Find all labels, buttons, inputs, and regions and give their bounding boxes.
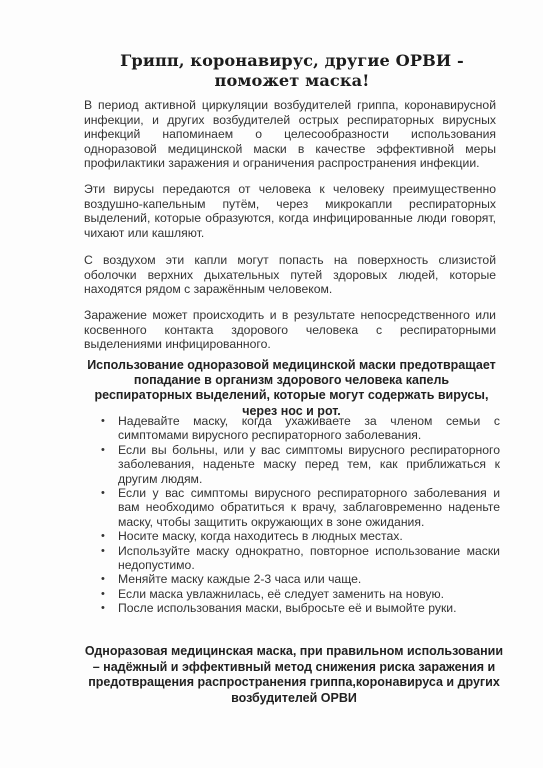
bullet-icon: • <box>101 529 105 543</box>
closing-statement: Одноразовая медицинская маска, при прави… <box>84 644 504 706</box>
list-item: •Надевайте маску, когда ухаживаете за чл… <box>100 414 500 443</box>
list-item-text: После использования маски, выбросьте её … <box>118 601 457 615</box>
bullet-icon: • <box>101 572 105 586</box>
list-item-text: Носите маску, когда находитесь в людных … <box>118 529 403 543</box>
paragraph-transmission: Эти вирусы передаются от человека к чело… <box>84 182 496 240</box>
list-item: •Используйте маску однократно, повторное… <box>100 544 500 573</box>
list-item-text: Используйте маску однократно, повторное … <box>118 544 500 572</box>
list-item-text: Если вы больны, или у вас симптомы вирус… <box>118 443 500 486</box>
bullet-icon: • <box>101 486 105 500</box>
paragraph-intro: В период активной циркуляции возбудителе… <box>84 98 496 171</box>
document-title: Грипп, коронавирус, другие ОРВИ - поможе… <box>92 51 492 91</box>
list-item-text: Если у вас симптомы вирусного респиратор… <box>118 486 500 529</box>
paragraph-droplets: С воздухом эти капли могут попасть на по… <box>84 253 496 297</box>
bullet-icon: • <box>101 601 105 615</box>
emphasis-statement: Использование одноразовой медицинской ма… <box>84 358 499 419</box>
list-item: •Носите маску, когда находитесь в людных… <box>100 529 500 543</box>
bullet-icon: • <box>101 414 105 428</box>
list-item-text: Меняйте маску каждые 2-3 часа или чаще. <box>118 572 361 586</box>
list-item-text: Если маска увлажнилась, её следует замен… <box>118 587 444 601</box>
bullet-icon: • <box>101 587 105 601</box>
list-item: •Если вы больны, или у вас симптомы виру… <box>100 443 500 486</box>
list-item-text: Надевайте маску, когда ухаживаете за чле… <box>118 414 500 442</box>
list-item: •Меняйте маску каждые 2-3 часа или чаще. <box>100 572 500 586</box>
document-page: Грипп, коронавирус, другие ОРВИ - поможе… <box>0 0 543 768</box>
bullet-icon: • <box>101 443 105 457</box>
bullet-icon: • <box>101 544 105 558</box>
list-item: •После использования маски, выбросьте её… <box>100 601 500 615</box>
paragraph-contact: Заражение может происходить и в результа… <box>84 308 496 352</box>
recommendations-list: •Надевайте маску, когда ухаживаете за чл… <box>100 414 500 616</box>
list-item: •Если маска увлажнилась, её следует заме… <box>100 587 500 601</box>
list-item: •Если у вас симптомы вирусного респирато… <box>100 486 500 529</box>
